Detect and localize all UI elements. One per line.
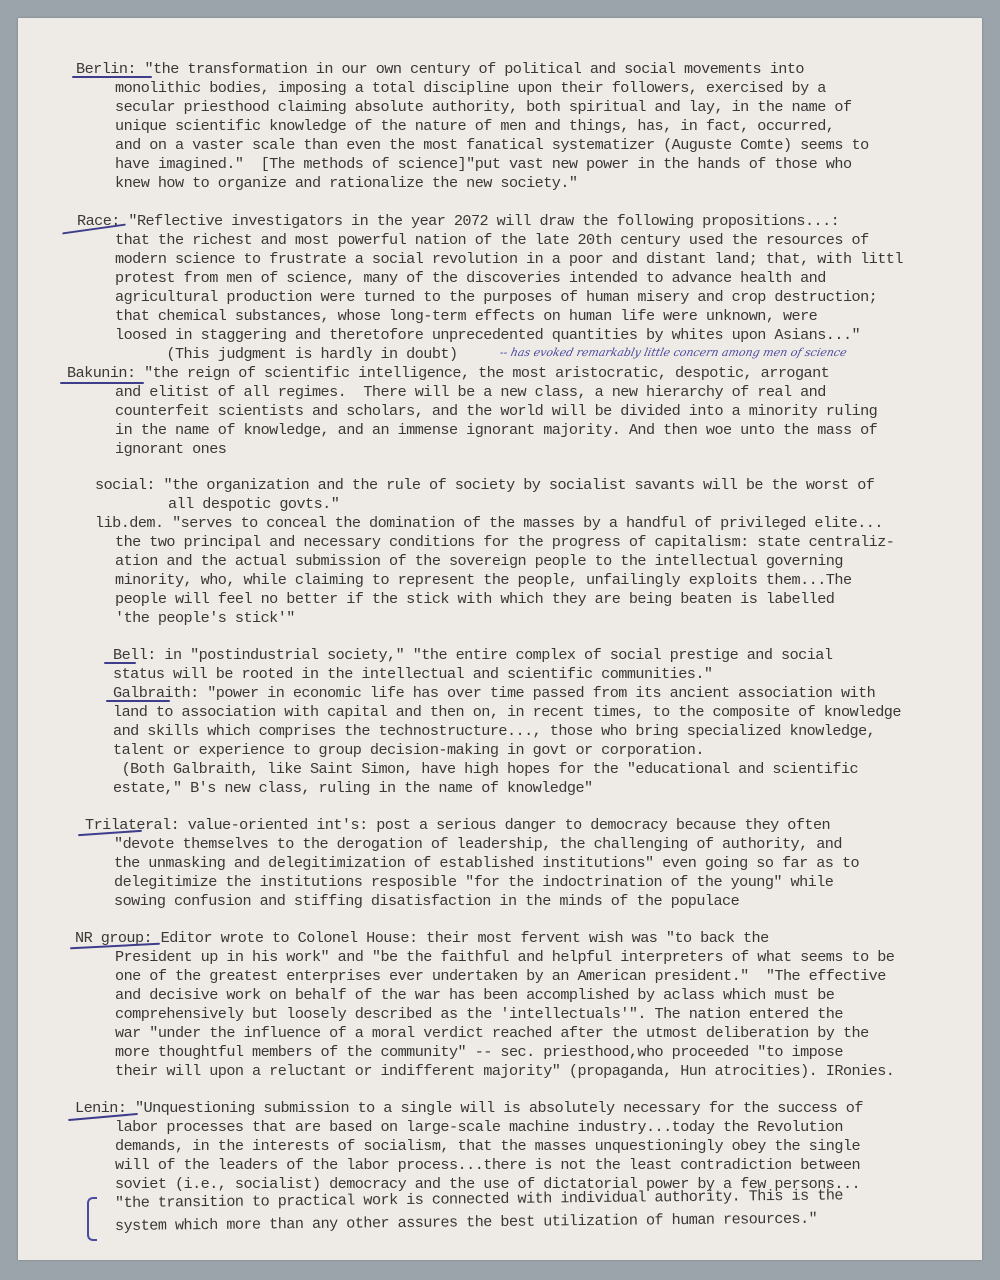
galbraith-line-4: (Both Galbraith, like Saint Simon, have … [113,760,858,778]
galbraith-underline [106,700,170,702]
libdem-label: lib.dem. [95,514,164,532]
berlin-line-4: and on a vaster scale than even the most… [115,136,869,154]
trilateral-line-3: delegitimize the institutions resposible… [114,873,833,891]
race-line-1: that the richest and most powerful natio… [115,231,869,249]
race-line-2: modern science to frustrate a social rev… [115,250,903,268]
bell-line-1: status will be rooted in the intellectua… [113,665,712,683]
bakunin-line-1: and elitist of all regimes. There will b… [115,383,826,401]
libdem-line-5: 'the people's stick'" [115,609,295,627]
berlin-line-6: knew how to organize and rationalize the… [115,174,577,192]
bakunin-line-0: Bakunin: "the reign of scientific intell… [67,364,829,382]
galbraith-line-2: and skills which comprises the technostr… [113,722,875,740]
lenin-line-3: will of the leaders of the labor process… [115,1156,860,1174]
nrgroup-line-5: war "under the influence of a moral verd… [115,1024,869,1042]
bell-underline [104,662,136,664]
trilateral-line-1: "devote themselves to the derogation of … [114,835,842,853]
bakunin-label: Bakunin: [67,364,136,382]
libdem-line-3: minority, who, while claiming to represe… [115,571,852,589]
libdem-line-2: ation and the actual submission of the s… [115,552,843,570]
libdem-line-0: lib.dem. "serves to conceal the dominati… [95,514,883,532]
trilateral-line-0: Trilateral: value-oriented int's: post a… [85,816,830,834]
berlin-line-2: secular priesthood claiming absolute aut… [115,98,852,116]
bakunin-line-4: ignorant ones [115,440,226,458]
race-line-7: (This judgment is hardly in doubt) [115,345,458,363]
libdem-line-4: people will feel no better if the stick … [115,590,834,608]
galbraith-line-0: Galbraith: "power in economic life has o… [113,684,875,702]
trilateral-line-4: sowing confusion and stiffing disatisfac… [114,892,739,910]
social-line-1: all despotic govts." [168,495,339,513]
bakunin-line-3: in the name of knowledge, and an immense… [115,421,877,439]
nrgroup-line-0: NR group: Editor wrote to Colonel House:… [75,929,769,947]
berlin-line-0: Berlin: "the transformation in our own c… [76,60,804,78]
race-line-6: loosed in staggering and theretofore unp… [115,326,860,344]
nrgroup-line-2: one of the greatest enterprises ever und… [115,967,886,985]
race-line-5: that chemical substances, whose long-ter… [115,307,817,325]
nrgroup-line-6: more thoughtful members of the community… [115,1043,843,1061]
bell-line-0: Bell: in "postindustrial society," "the … [113,646,832,664]
libdem-line-1: the two principal and necessary conditio… [115,533,894,551]
berlin-line-1: monolithic bodies, imposing a total disc… [115,79,826,97]
lenin-line-2: demands, in the interests of socialism, … [115,1137,860,1155]
berlin-line-3: unique scientific knowledge of the natur… [115,117,834,135]
galbraith-line-3: talent or experience to group decision-m… [113,741,704,759]
galbraith-line-1: land to association with capital and the… [113,703,901,721]
nrgroup-line-7: their will upon a reluctant or indiffere… [115,1062,894,1080]
race-line-3: protest from men of science, many of the… [115,269,826,287]
lenin-line-0: Lenin: "Unquestioning submission to a si… [75,1099,863,1117]
social-line-0: social: "the organization and the rule o… [95,476,874,494]
trilateral-line-2: the unmasking and delegitimization of es… [114,854,859,872]
berlin-underline [72,76,152,78]
lenin-line-1: labor processes that are based on large-… [115,1118,843,1136]
social-label: social: [95,476,155,494]
bakunin-line-2: counterfeit scientists and scholars, and… [115,402,877,420]
margin-bracket-mark [87,1197,97,1241]
race-line-4: agricultural production were turned to t… [115,288,877,306]
galbraith-line-5: estate," B's new class, ruling in the na… [113,779,593,797]
nrgroup-line-3: and decisive work on behalf of the war h… [115,986,834,1004]
berlin-line-5: have imagined." [The methods of science]… [115,155,852,173]
handwritten-note: -- has evoked remarkably little concern … [499,346,848,359]
race-line-0: Race: "Reflective investigators in the y… [77,212,839,230]
nrgroup-line-4: comprehensively but loosely described as… [115,1005,843,1023]
nrgroup-line-1: President up in his work" and "be the fa… [115,948,894,966]
